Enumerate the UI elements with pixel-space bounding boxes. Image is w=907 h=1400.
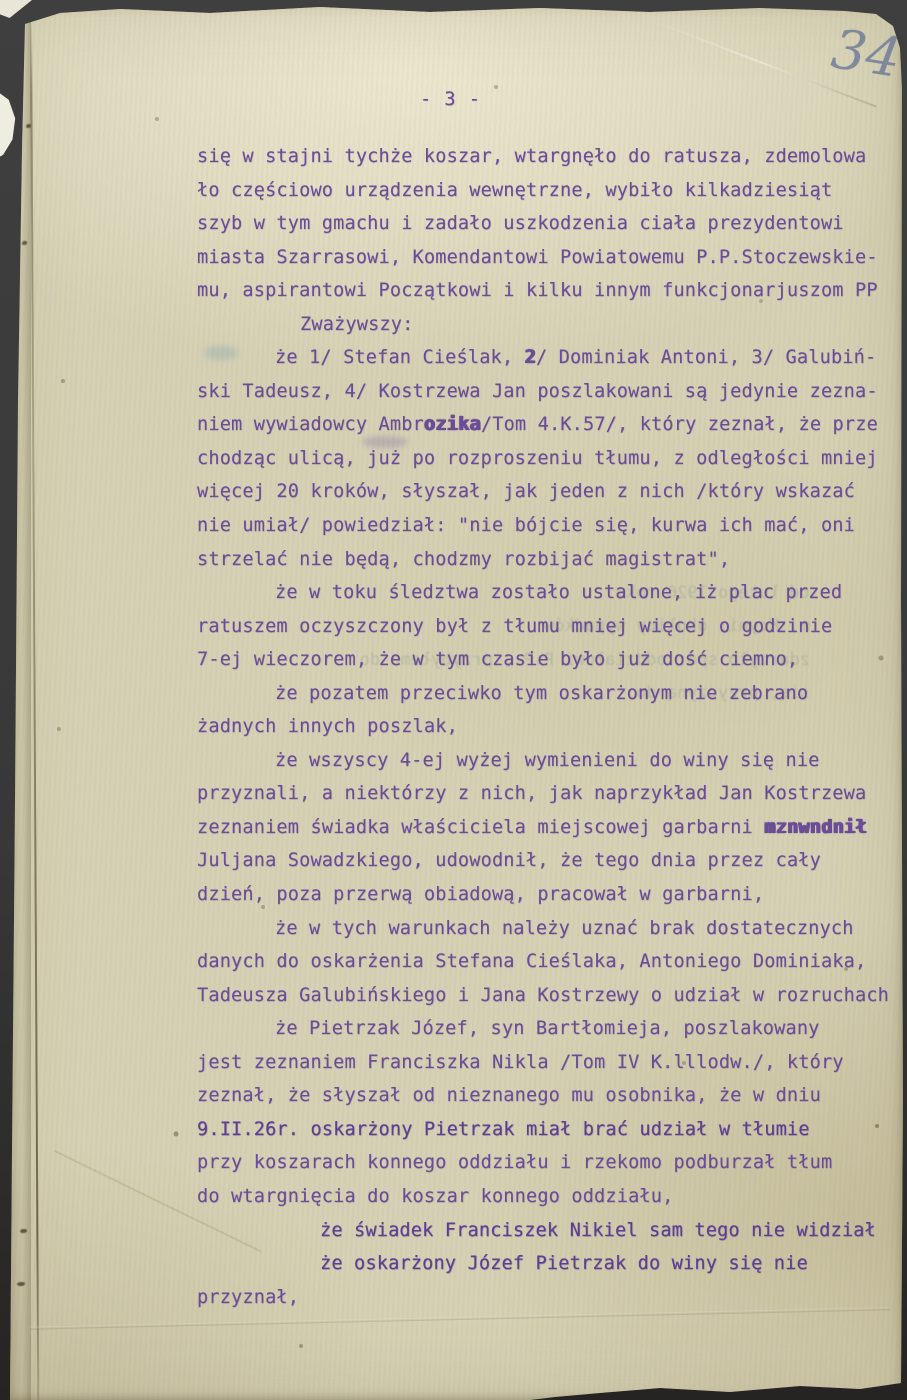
text-line: że pozatem przeciwko tym oskarżonym nie … <box>197 677 897 711</box>
text-line: więcej 20 kroków, słyszał, jak jeden z n… <box>197 475 897 509</box>
text-line: Tadeusza Galubińskiego i Jana Kostrzewy … <box>197 979 897 1013</box>
text-line: że w tych warunkach należy uznać brak do… <box>197 912 897 946</box>
text-line: do wtargnięcia do koszar konnego oddział… <box>197 1180 897 1214</box>
text-line: niem wywiadowcy Ambrozika/Tom 4.K.57/, k… <box>197 408 897 442</box>
text-line: że świadek Franciszek Nikiel sam tego ni… <box>197 1214 897 1248</box>
overtyped-text: mznwndnił <box>764 817 867 838</box>
text-line: że Pietrzak Józef, syn Bartłomieja, posz… <box>197 1012 897 1046</box>
text-line: chodząc ulicą, już po rozproszeniu tłumu… <box>197 442 897 476</box>
text-line: miasta Szarrasowi, Komendantowi Powiatow… <box>197 241 897 275</box>
torn-corner-fragment <box>0 0 32 18</box>
text-line: jest zeznaniem Franciszka Nikla /Tom IV … <box>197 1046 897 1080</box>
document-text: się w stajni tychże koszar, wtargnęło do… <box>197 140 897 1314</box>
text-line: że wszyscy 4-ej wyżej wymienieni do winy… <box>197 744 897 778</box>
text-line: nie umiał/ powiedział: "nie bójcie się, … <box>197 509 897 543</box>
text-line: 7-ej wieczorem, że w tym czasie było już… <box>197 643 897 677</box>
handwritten-page-number: 34 <box>827 17 905 90</box>
text-segment: /Tom 4.K.57/, który zeznał, że prze <box>481 414 878 435</box>
text-line: 9.II.26r. oskarżony Pietrzak miał brać u… <box>197 1113 897 1147</box>
page-number: - 3 - <box>420 89 481 110</box>
text-line: się w stajni tychże koszar, wtargnęło do… <box>197 140 897 174</box>
overtyped-text: 2 <box>525 347 536 368</box>
text-line: Zważywszy: <box>197 308 897 342</box>
document-page: od lutego 1926 rokum. Kcyni, okolicy wyp… <box>0 0 907 1400</box>
text-line: ratuszem oczyszczony był z tłumu mniej w… <box>197 610 897 644</box>
text-line: że oskarżony Józef Pietrzak do winy się … <box>197 1247 897 1281</box>
paper-edge-strip <box>0 0 31 1400</box>
text-line: żadnych innych poszlak, <box>197 710 897 744</box>
text-line: Juljana Sowadzkiego, udowodnił, że tego … <box>197 844 897 878</box>
text-line: przyznał, <box>197 1281 897 1315</box>
scanner-background: { "page": { "page_number_label": "- 3 -"… <box>0 0 907 1400</box>
text-line: zeznał, że słyszał od nieznanego mu osob… <box>197 1079 897 1113</box>
text-segment: że 1/ Stefan Cieślak, <box>275 347 525 368</box>
text-segment: zeznaniem świadka właściciela miejscowej… <box>197 817 764 838</box>
text-line: szyb w tym gmachu i zadało uszkodzenia c… <box>197 207 897 241</box>
text-line: ło częściowo urządzenia wewnętrzne, wybi… <box>197 174 897 208</box>
text-segment: / Dominiak Antoni, 3/ Galubiń- <box>536 347 876 368</box>
text-line: strzelać nie będą, chodzmy rozbijać magi… <box>197 543 897 577</box>
torn-paper-notch <box>0 92 16 158</box>
text-line: zeznaniem świadka właściciela miejscowej… <box>197 811 897 845</box>
text-segment: niem wywiadowcy Ambr <box>197 414 424 435</box>
text-line: przyznali, a niektórzy z nich, jak naprz… <box>197 777 897 811</box>
text-line: dzień, poza przerwą obiadową, pracował w… <box>197 878 897 912</box>
text-line: danych do oskarżenia Stefana Cieślaka, A… <box>197 945 897 979</box>
text-line: że w toku śledztwa zostało ustalone, iż … <box>197 576 897 610</box>
text-line: mu, aspirantowi Początkowi i kilku innym… <box>197 274 897 308</box>
overtyped-text: ozika <box>424 414 481 435</box>
text-line: że 1/ Stefan Cieślak, 2/ Dominiak Antoni… <box>197 341 897 375</box>
text-line: przy koszarach konnego oddziału i rzekom… <box>197 1146 897 1180</box>
text-line: ski Tadeusz, 4/ Kostrzewa Jan poszlakowa… <box>197 375 897 409</box>
